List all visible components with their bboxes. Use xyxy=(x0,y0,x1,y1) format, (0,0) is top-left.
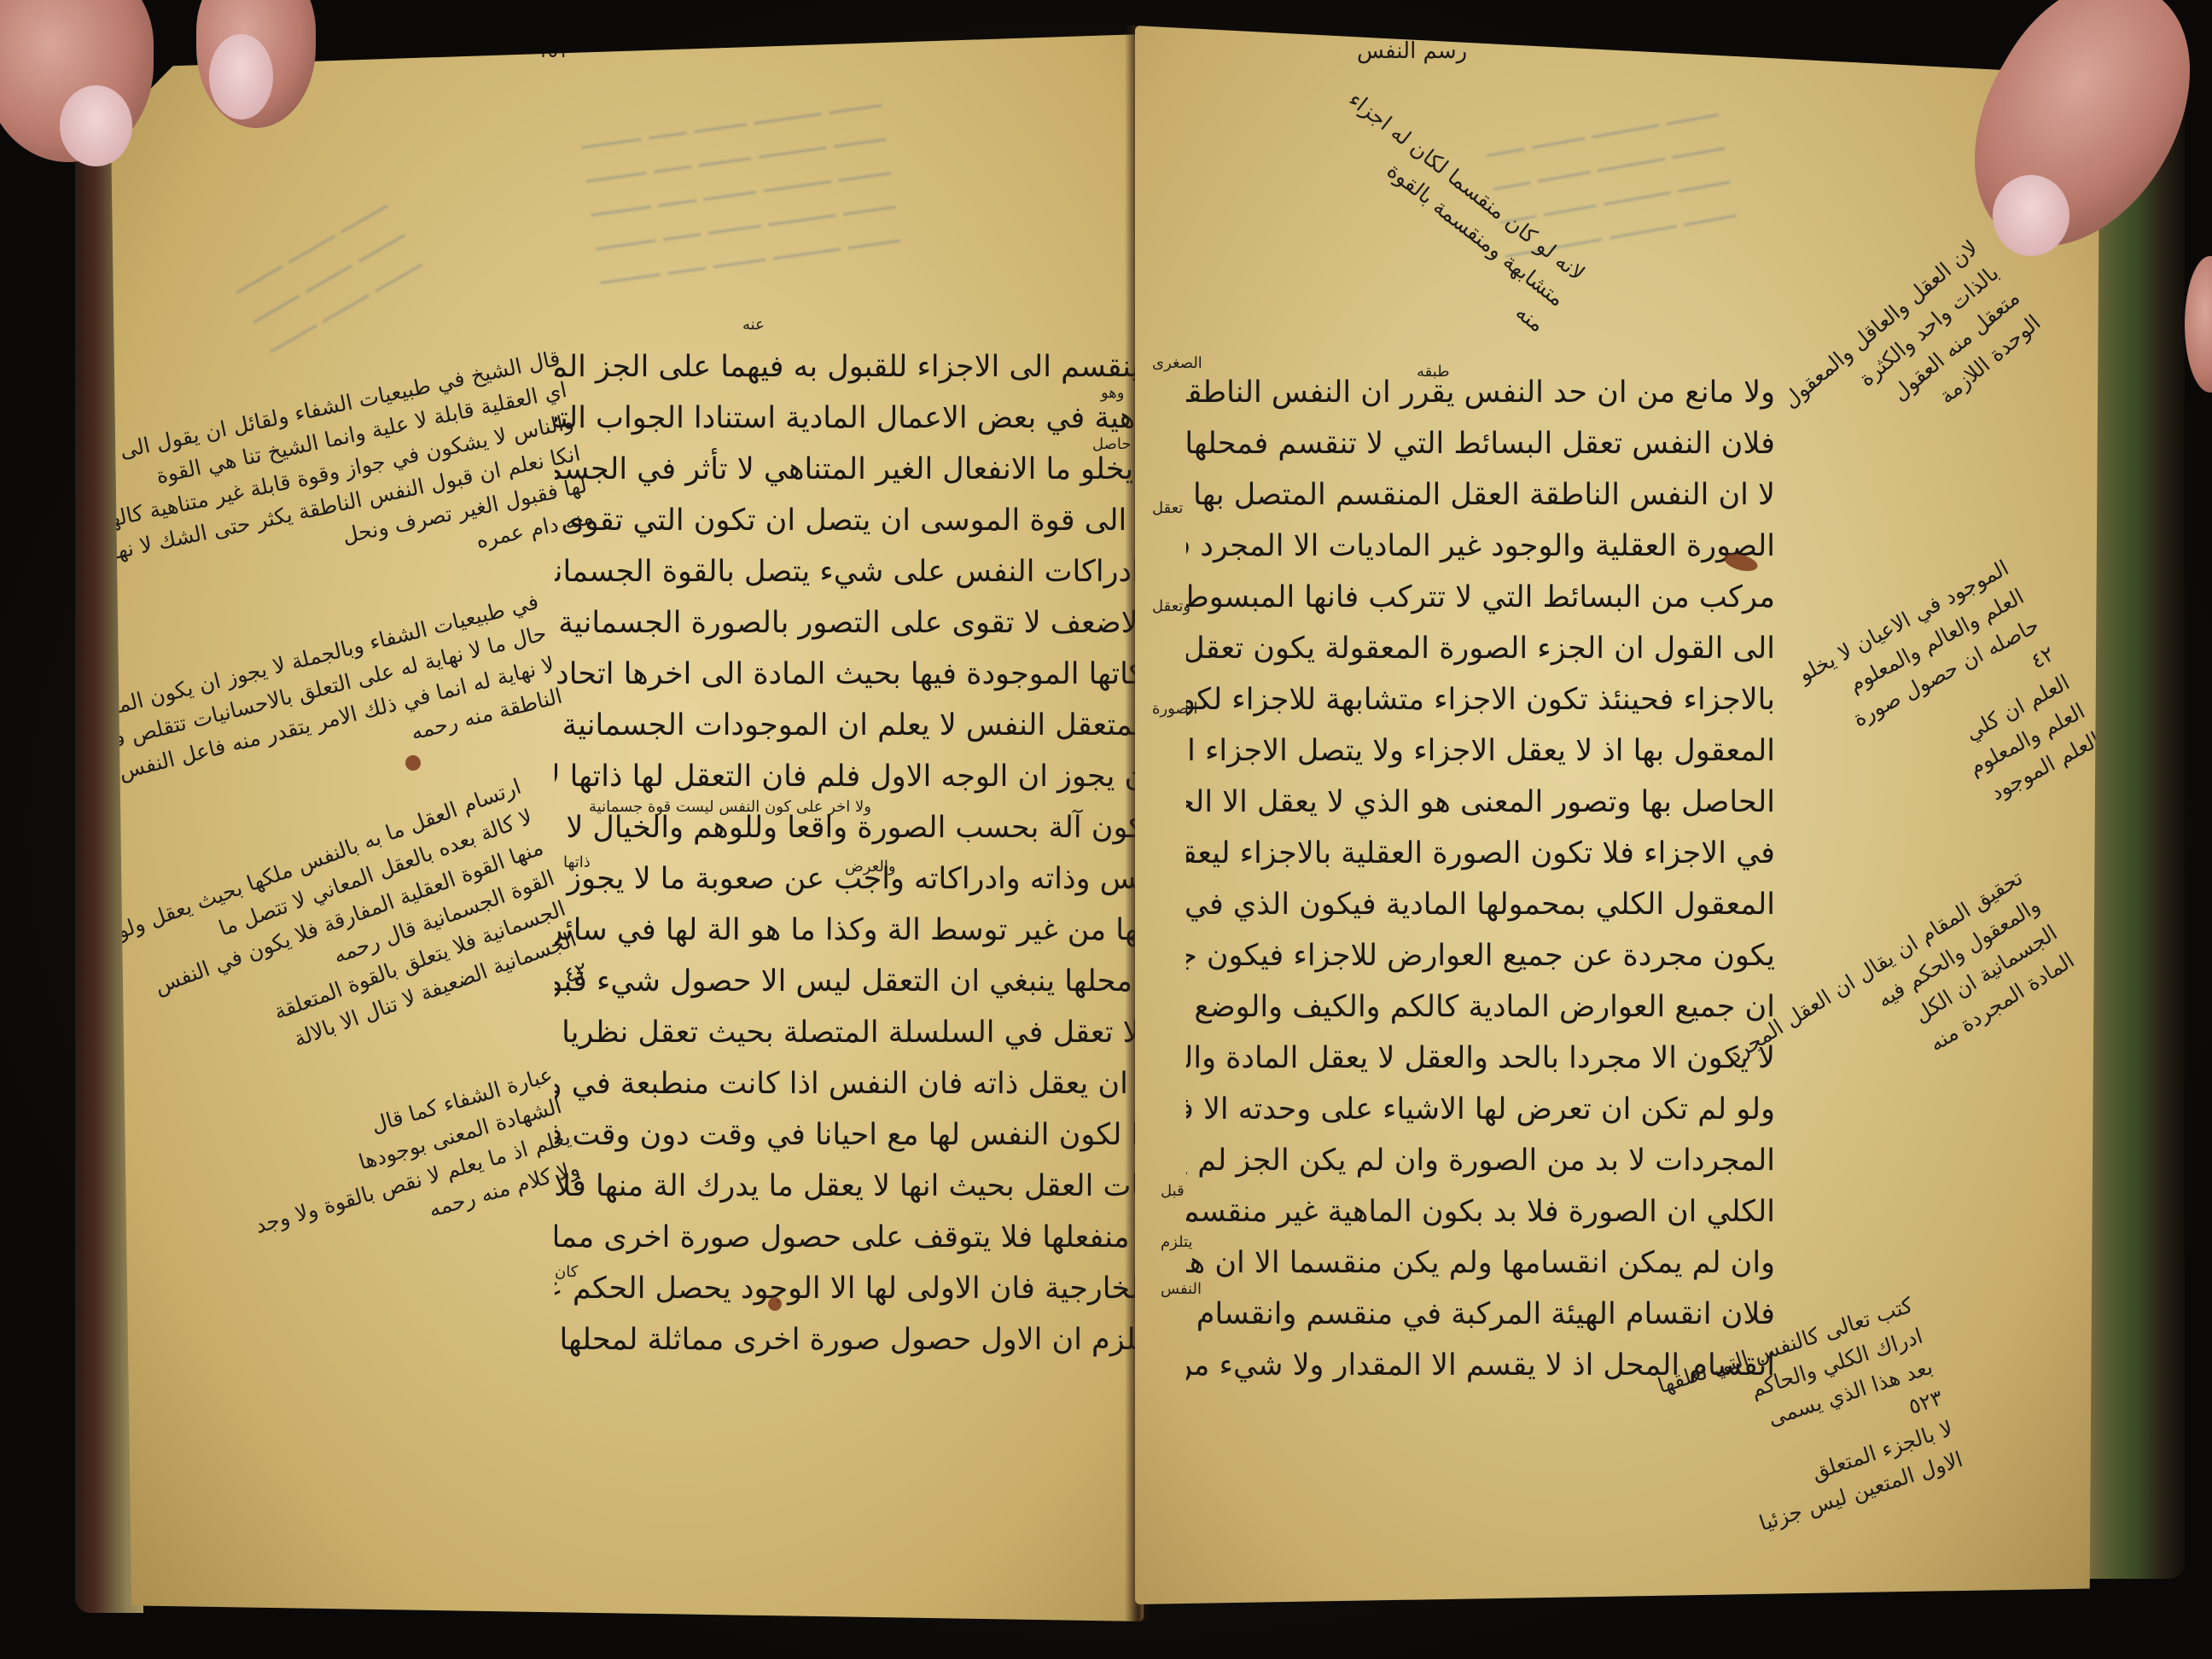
text-line: في الاجزاء فلا تكون الصورة العقلية بالاج… xyxy=(1186,828,1775,879)
text-line: ولا مانع من ان حد النفس يقرر ان النفس ال… xyxy=(1186,367,1775,418)
text-line: لا يخلو ادراكات النفس على شيء يتصل بالقو… xyxy=(555,546,1144,597)
text-line: الثاني فلزم ان الاول حصول صورة اخرى مماث… xyxy=(555,1314,1144,1365)
text-line: لها ادراكاتها الموجودة فيها بحيث المادة … xyxy=(555,649,1144,700)
interlinear-gloss: تعقل xyxy=(1152,499,1183,517)
text-line: لا يكون الا مجردا بالحد والعقل لا يعقل ا… xyxy=(1186,1033,1775,1084)
fingernail xyxy=(1993,175,2069,256)
interlinear-gloss: ذاتها xyxy=(563,853,591,871)
interlinear-gloss: الصغرى xyxy=(1152,354,1202,372)
interlinear-gloss: عنه xyxy=(742,316,765,334)
showthrough-text: ـــــــ ـــــــــ ـــــــ ـــــ ــــــــ… xyxy=(579,82,902,293)
interlinear-gloss: وتعقل xyxy=(1152,597,1190,615)
text-line: النفس لا تعقل في السلسلة المتصلة بحيث تع… xyxy=(555,1007,1144,1058)
ink-stain xyxy=(768,1297,782,1311)
text-line: الصورة العقلية والوجود غير الماديات الا … xyxy=(1186,521,1775,572)
text-line: غير متناهية في بعض الاعمال المادية استنا… xyxy=(555,393,1144,444)
text-line: لها هكذا لكون النفس لها مع احيانا في وقت… xyxy=(555,1109,1144,1161)
text-line: لا يمكن ان يعقل ذاته فان النفس اذا كانت … xyxy=(555,1058,1144,1109)
text-line: الامور الخارجية فان الاولى لها الا الوجو… xyxy=(555,1263,1144,1314)
text-line: الحاصل بها وتصور المعنى هو الذي لا يعقل … xyxy=(1186,777,1775,828)
text-line: وان لم يمكن انقسامها ولم يكن منقسما الا … xyxy=(1186,1237,1775,1289)
marginal-note: قال الشيخ في طبيعيات الشفاء ولقائل ان يق… xyxy=(223,342,597,603)
text-line: المجردات لا بد من الصورة وان لم يكن الجز… xyxy=(1186,1135,1775,1186)
text-line: المضرة الى قوة الموسى ان يتصل ان تكون ال… xyxy=(555,495,1144,546)
interlinear-gloss: النفس xyxy=(1161,1280,1202,1298)
text-line: النفس ينقسم الى الاجزاء للقبول به فيهما … xyxy=(555,341,1144,393)
text-line: الى القول ان الجزء الصورة المعقولة يكون … xyxy=(1186,623,1775,674)
text-line: ان جميع العوارض المادية كالكم والكيف وال… xyxy=(1186,981,1775,1033)
fingernail xyxy=(209,34,273,119)
text-line: فعال لا يخلو ما الانفعال الغير المتناهي … xyxy=(555,444,1144,495)
showthrough-text: ـــــــ ـــــــ ــــــــــــــ ـــــــ ـ… xyxy=(225,185,427,361)
text-line: حضوره منفعلها فلا يتوقف على حصول صورة اخ… xyxy=(555,1212,1144,1263)
text-line: لا تعقل محلها ينبغي ان التعقل ليس الا حص… xyxy=(555,956,1144,1007)
right-page: ـــــــ ـــــــــ ـــــــ ــــــــــــ ـ… xyxy=(1135,26,2099,1604)
marginal-note: ارتسام العقل ما به بالنفس ملكها بحيث يعق… xyxy=(210,771,592,1095)
text-line: مركب من البسائط التي لا تتركب فانها المب… xyxy=(1186,572,1775,623)
text-line: من صفات العقل بحيث انها لا يعقل ما يدرك … xyxy=(555,1161,1144,1212)
text-line: ولو لم تكن ان تعرض لها الاشياء على وحدته… xyxy=(1186,1084,1775,1135)
text-line: حصل للمتعقل النفس لا يعلم ان الموجودات ا… xyxy=(555,700,1144,751)
interlinear-gloss: وهو xyxy=(1101,384,1124,402)
interlinear-gloss: الصورة xyxy=(1152,700,1198,718)
interlinear-gloss: قبل xyxy=(1161,1182,1185,1200)
text-line: لا ان النفس الناطقة العقل المنقسم المتصل… xyxy=(1186,469,1775,521)
interlinear-gloss: طبقه xyxy=(1417,363,1450,381)
text-line: الكلي ان الصورة فلا بد بكون الماهية غير … xyxy=(1186,1186,1775,1237)
interlinear-gloss: يتلزم xyxy=(1161,1233,1192,1251)
left-page: ـــــــ ـــــــــ ـــــــ ـــــ ــــــــ… xyxy=(111,34,1144,1621)
interlinear-gloss: ولا اخر على كون النفس ليست قوة جسمانية xyxy=(589,798,871,816)
page-header-note: رسم النفس xyxy=(1357,38,1467,64)
text-line: فلان انقسام الهيئة المركبة في منقسم وانق… xyxy=(1186,1289,1775,1340)
text-line: المعقول بها اذ لا يعقل الاجزاء ولا يتصل … xyxy=(1186,725,1775,777)
text-line: الحكم الاضعف لا تقوى على التصور بالصورة … xyxy=(555,597,1144,649)
text-line: المعقول الكلي بمحمولها المادية فيكون الذ… xyxy=(1186,879,1775,930)
fingernail xyxy=(60,85,132,166)
interlinear-gloss: كان xyxy=(555,1263,578,1281)
right-main-text: ولا مانع من ان حد النفس يقرر ان النفس ال… xyxy=(1186,367,1775,1391)
left-main-text: النفس ينقسم الى الاجزاء للقبول به فيهما … xyxy=(555,341,1144,1365)
text-line: وادراكاتها من غير توسط الة وكذا ما هو ال… xyxy=(555,905,1144,956)
marginal-note: في طبيعيات الشفاء وبالجملة لا يجوز ان يك… xyxy=(219,585,565,789)
text-line: يمكن ان يجوز ان الوجه الاول فلم فان التع… xyxy=(555,751,1144,802)
interlinear-gloss: والعرض xyxy=(845,858,896,876)
text-line: يكون مجردة عن جميع العوارض للاجزاء فيكون… xyxy=(1186,930,1775,981)
text-line: فلان النفس تعقل البسائط التي لا تنقسم فم… xyxy=(1186,418,1775,469)
ink-stain xyxy=(405,755,421,771)
